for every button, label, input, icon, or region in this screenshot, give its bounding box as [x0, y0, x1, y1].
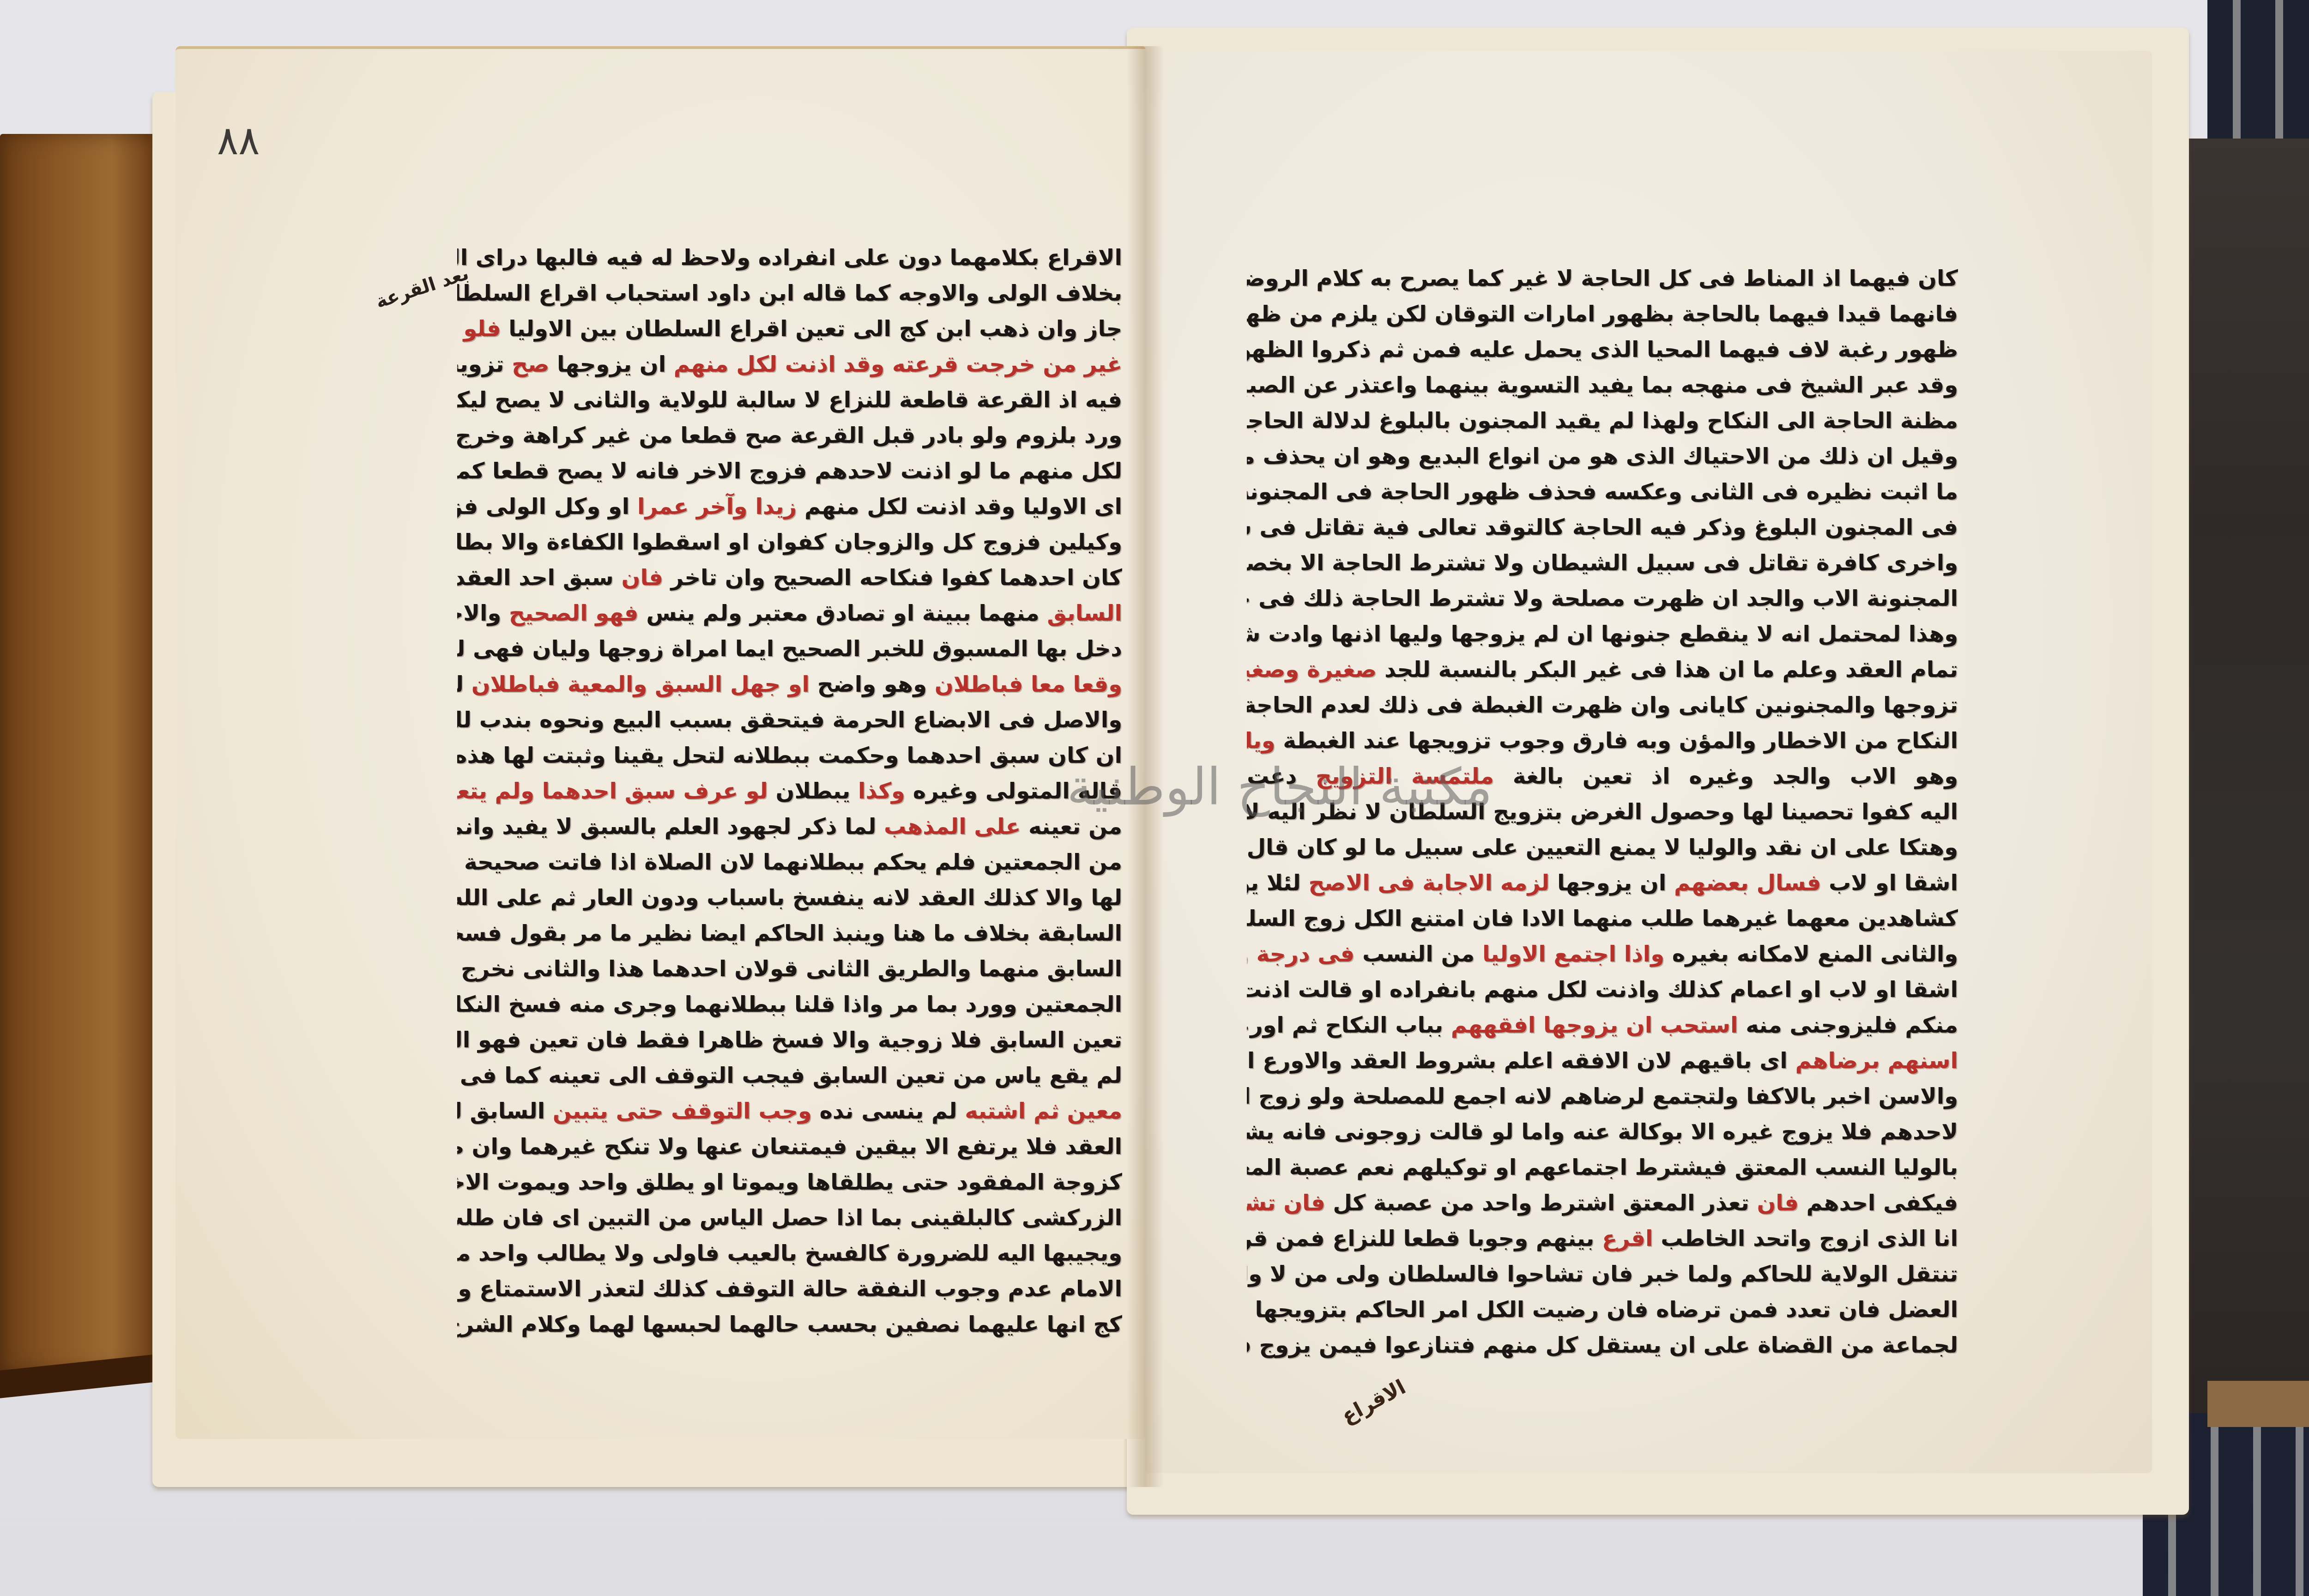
- word: فى: [1251, 514, 1296, 540]
- manuscript-line: وقيل ان ذلك من الاحتياك الذى هو من انواع…: [1247, 439, 1958, 474]
- rubric-word: معين: [1059, 1098, 1122, 1124]
- rubric-word: معا: [1023, 671, 1065, 697]
- word: تحصينا: [1774, 799, 1854, 825]
- word: الاستمتاع: [471, 1276, 581, 1302]
- word: نظيره: [1799, 479, 1872, 505]
- word: بلزوم: [1008, 423, 1076, 448]
- word: اى: [1752, 1048, 1788, 1074]
- word: تعين: [521, 1027, 579, 1053]
- word: يستقل: [1578, 1332, 1662, 1358]
- word: الظهور: [1247, 337, 1304, 363]
- word: الاوليا: [501, 316, 572, 342]
- word: المفقود: [949, 1169, 1045, 1195]
- word: ولم: [695, 600, 742, 626]
- word: المحيا: [1639, 337, 1711, 363]
- word: سبيل: [1396, 834, 1463, 860]
- word: وجرى: [605, 991, 677, 1017]
- rubric-word: درجة: [1249, 941, 1310, 967]
- word: كالتوقد: [1477, 514, 1565, 540]
- word: فى: [1419, 692, 1463, 718]
- word: او: [1792, 977, 1821, 1003]
- manuscript-line: بخلاف الولى والاوجه كما قاله ابن داود اس…: [457, 276, 1122, 311]
- manuscript-line: من تعينه على المذهب لما ذكر لجهود العلم …: [457, 809, 1122, 845]
- word: من: [1847, 728, 1888, 754]
- word: تنكح: [596, 1134, 650, 1160]
- word: ثم: [1371, 337, 1404, 363]
- word: من: [1770, 443, 1811, 469]
- word: معتبر: [742, 600, 808, 626]
- rubric-word: فسال: [1749, 870, 1821, 896]
- word: النفقة: [848, 1276, 926, 1302]
- word: غيرهما: [1694, 906, 1778, 931]
- word: فحذف: [1520, 479, 1596, 505]
- back-cover-board: [2180, 139, 2309, 1413]
- word: الا: [1292, 550, 1324, 576]
- word: المفضول: [1247, 1083, 1251, 1109]
- manuscript-line: ان كان سبق احدهما وحكمت ببطلانه لتحل يقي…: [457, 738, 1122, 774]
- word: فسخ: [764, 1027, 825, 1053]
- word: تزويجه: [457, 351, 504, 377]
- word: القرعة: [969, 387, 1051, 413]
- word: لانه: [864, 885, 911, 911]
- word: نده: [812, 1098, 854, 1124]
- word: ويجيبها: [1035, 1240, 1122, 1266]
- manuscript-line: اسنهم برضاهم اى باقيهم لان الافقه اعلم ب…: [1247, 1043, 1958, 1079]
- word: بحسب: [799, 1312, 877, 1337]
- word: النكاح: [457, 991, 501, 1017]
- word: بالبلوغ: [1371, 408, 1451, 434]
- rubric-word: من: [1035, 351, 1076, 377]
- word: لدلالة: [1304, 408, 1371, 434]
- word: منهما: [1565, 906, 1633, 931]
- word: ما: [1928, 479, 1958, 505]
- manuscript-line: والاصل فى الابضاع الحرمة فيتحقق بسبب الب…: [457, 702, 1122, 738]
- rubric-word: صح: [504, 351, 550, 377]
- manuscript-line: والثانى المنع لامكانه بغيره واذا اجتمع ا…: [1247, 937, 1958, 972]
- word: فمن: [1721, 1297, 1778, 1323]
- word: الاوليا: [1015, 494, 1086, 520]
- word: لاحدهم: [1872, 1119, 1958, 1145]
- word: وهو: [1896, 763, 1958, 789]
- word: خبر: [1633, 1261, 1680, 1287]
- word: مصلحة: [1543, 586, 1625, 611]
- word: للولاية: [651, 387, 728, 413]
- word: ونحوه: [532, 707, 604, 733]
- word: واحد: [570, 1169, 628, 1195]
- word: بوكالة: [1610, 1119, 1683, 1145]
- word: يقينا: [606, 743, 665, 768]
- word: هذا: [600, 956, 644, 982]
- word: كزوجة: [1045, 1169, 1122, 1195]
- word: ازوج: [1812, 1226, 1869, 1251]
- word: المجنونة: [1247, 479, 1328, 505]
- word: وليان: [525, 636, 591, 662]
- word: يؤدى: [1247, 870, 1259, 896]
- word: انها: [1039, 1312, 1086, 1337]
- rubric-word: لزمه: [1493, 870, 1549, 896]
- rubric-word: فلو: [457, 316, 501, 342]
- word: فلا: [1833, 1119, 1873, 1145]
- word: فاولى: [644, 1240, 719, 1266]
- word: لانه: [1506, 1083, 1553, 1109]
- word: بانفراده: [1382, 977, 1476, 1003]
- word: واذنت: [1587, 977, 1659, 1003]
- word: وثبتت: [534, 743, 606, 768]
- word: فانه: [627, 458, 679, 484]
- word: باقيهم: [1672, 1048, 1752, 1074]
- word: الحاجة: [1247, 408, 1304, 434]
- word: داود: [699, 280, 751, 306]
- word: لم: [1601, 408, 1634, 434]
- word: منهم: [1475, 1332, 1537, 1358]
- word: توكيلهم: [1395, 1155, 1487, 1180]
- word: ان: [1632, 870, 1666, 896]
- manuscript-line: وقد عبر الشيخ فى منهجه بما يفيد التسوية …: [1247, 368, 1958, 403]
- word: قولان: [726, 956, 798, 982]
- word: انفراده: [750, 245, 836, 271]
- word: بخلاف: [1047, 280, 1122, 306]
- word: ان: [1662, 1332, 1696, 1358]
- manuscript-line: تنتقل الولاية للحاكم ولما خبر فان تشاحوا…: [1247, 1257, 1958, 1292]
- manuscript-line: السابقة بخلاف ما هنا وينبذ الحاكم ايضا ن…: [457, 916, 1122, 951]
- word: التوقان: [1427, 301, 1515, 327]
- word: الشيخ: [1792, 372, 1863, 398]
- word: معهما: [1778, 906, 1850, 931]
- word: فان: [1831, 1297, 1880, 1323]
- word: لاف: [1780, 337, 1830, 363]
- word: وجوب: [926, 1276, 1000, 1302]
- word: سالبة: [728, 387, 797, 413]
- word: النكاح: [1888, 728, 1958, 754]
- word: يزوجها: [1443, 621, 1526, 647]
- word: السابق: [462, 1098, 545, 1124]
- manuscript-line: دخل بها المسبوق للخبر الصحيح ايما امراة …: [457, 631, 1122, 667]
- word: ابن: [751, 280, 794, 306]
- word: ذلك: [1371, 692, 1419, 718]
- word: امتنع: [1402, 906, 1464, 931]
- word: الاخطار: [1756, 728, 1847, 754]
- word: يصح: [549, 458, 603, 484]
- word: مر: [883, 991, 919, 1017]
- word: كج: [1086, 1312, 1122, 1337]
- word: ان: [1326, 443, 1360, 469]
- word: وذكر: [1686, 514, 1746, 540]
- word: تمام: [1903, 657, 1958, 683]
- word: فى: [1622, 657, 1667, 683]
- word: الحاجة: [1372, 479, 1450, 505]
- manuscript-line: ما اثبت نظيره فى الثانى وعكسه فحذف ظهور …: [1247, 474, 1958, 510]
- word: ان: [1705, 586, 1739, 611]
- word: يطالب: [529, 1240, 606, 1266]
- word: وحكمت: [810, 743, 899, 768]
- word: المعتق: [1247, 1155, 1281, 1180]
- word: ينفسخ: [785, 885, 864, 911]
- manuscript-line: العضل فان تعدد فمن ترضاه فان رضيت الكل ا…: [1247, 1292, 1958, 1328]
- word: ينقطع: [1671, 621, 1749, 647]
- word: المناط: [1735, 266, 1814, 291]
- word: او: [885, 600, 914, 626]
- word: جنونها: [1593, 621, 1671, 647]
- word: انا: [1926, 1226, 1958, 1251]
- word: الادا: [1514, 906, 1565, 931]
- word: لتحل: [664, 743, 725, 768]
- word: منهما: [971, 956, 1040, 982]
- word: وان: [717, 565, 765, 591]
- word: لان: [1629, 1048, 1672, 1074]
- word: فان: [1464, 906, 1514, 931]
- word: الحاجة: [1343, 586, 1421, 611]
- word: والاورع: [1255, 1048, 1342, 1074]
- rubric-word: استحب: [1652, 1012, 1738, 1038]
- word: دخل: [1067, 636, 1122, 662]
- word: الحاكم: [746, 920, 824, 946]
- manuscript-line: واخرى كافرة تقاتل فى سبيل الشيطان ولا تش…: [1247, 545, 1958, 581]
- manuscript-line: اى الاوليا وقد اذنت لكل منهم زيدا وآخر ع…: [457, 489, 1122, 525]
- word: فان: [1599, 1297, 1648, 1323]
- word: بينهم: [1528, 1226, 1594, 1251]
- word: واتحد: [1745, 1226, 1811, 1251]
- word: فنكاحه: [852, 565, 933, 591]
- word: عنها: [688, 1134, 743, 1160]
- word: كل: [1650, 266, 1691, 291]
- word: ليكون: [457, 387, 487, 413]
- word: احدهما: [991, 565, 1074, 591]
- word: فلا: [1018, 1134, 1058, 1160]
- word: منهما: [971, 600, 1040, 626]
- word: فزوج: [975, 529, 1040, 555]
- word: فى: [1691, 266, 1735, 291]
- word: ولتجتمع: [1644, 1083, 1738, 1109]
- word: لا: [1749, 621, 1773, 647]
- word: تشاحوا: [1499, 1261, 1584, 1287]
- word: ولا: [1505, 586, 1543, 611]
- word: كايانى: [1671, 692, 1747, 718]
- word: فيشترط: [1627, 1155, 1727, 1180]
- word: ذلك: [1295, 586, 1343, 611]
- word: منهجه: [1673, 372, 1747, 398]
- word: فى: [1747, 372, 1792, 398]
- rubric-word: قرعته: [884, 351, 958, 377]
- word: ظاهرا: [690, 1027, 764, 1053]
- word: فانه: [1274, 1119, 1326, 1145]
- word: طال: [457, 1134, 464, 1160]
- word: لحبسها: [635, 1312, 721, 1337]
- word: الى: [601, 1063, 647, 1088]
- word: فيهما: [1711, 337, 1780, 363]
- word: ينس: [639, 600, 695, 626]
- word: ببطلانهما: [755, 849, 864, 875]
- word: ولو: [964, 423, 1008, 448]
- word: نقد: [1758, 834, 1802, 860]
- word: وانما: [457, 814, 495, 840]
- word: والمؤن: [1671, 728, 1756, 754]
- word: ما: [1745, 657, 1774, 683]
- word: منه: [1738, 1012, 1782, 1038]
- word: دون: [890, 245, 942, 271]
- word: زوجها: [591, 636, 664, 662]
- word: للحاكم: [1733, 1261, 1813, 1287]
- word: اى: [1087, 494, 1122, 520]
- folio-number: ٨٨: [217, 118, 260, 164]
- word: يحكم: [865, 849, 927, 875]
- word: لم: [1089, 1063, 1122, 1088]
- word: استحباب: [597, 280, 699, 306]
- word: ان: [632, 351, 666, 377]
- word: كلام: [1309, 266, 1362, 291]
- word: للاول: [457, 636, 465, 662]
- manuscript-line: فيه اذ القرعة قاطعة للنزاع لا سالبة للول…: [457, 382, 1122, 418]
- rubric-word: الصحيح: [501, 600, 587, 626]
- front-cover-leather: [0, 134, 159, 1372]
- word: تشترط: [1421, 586, 1505, 611]
- word: تعدد: [1778, 1297, 1831, 1323]
- word: العلم: [657, 814, 719, 840]
- book-stand-top: [2207, 0, 2309, 157]
- word: قرع: [1247, 1226, 1268, 1251]
- word: اعمام: [1722, 977, 1792, 1003]
- word: بين: [572, 316, 617, 342]
- word: لجهود: [719, 814, 792, 840]
- word: المنع: [1810, 941, 1873, 967]
- rubric-word: اشتبه: [957, 1098, 1026, 1124]
- word: والا: [1038, 885, 1083, 911]
- word: الحاجة: [1247, 692, 1313, 718]
- word: وعلم: [1775, 657, 1838, 683]
- manuscript-line: ورد بلزوم ولو بادر قبل القرعة صح قطعا من…: [457, 418, 1122, 453]
- word: الا: [1683, 1119, 1715, 1145]
- word: الابضاع: [905, 707, 991, 733]
- word: للمصلحة: [1345, 1083, 1445, 1109]
- word: احدهما: [644, 956, 726, 982]
- word: مظنة: [1892, 408, 1958, 434]
- word: تشترط: [1402, 550, 1486, 576]
- word: فهى: [465, 636, 524, 662]
- word: والزوجان: [826, 529, 934, 555]
- word: ان: [1559, 621, 1593, 647]
- rubric-word: فهو: [588, 600, 639, 626]
- word: وجوبا: [1460, 1226, 1528, 1251]
- word: اى: [544, 1205, 580, 1231]
- word: الشيطان: [1524, 550, 1628, 576]
- manuscript-line: وهتكا على ان نقد والوليا لا يمنع التعيين…: [1247, 830, 1958, 865]
- word: لها: [1735, 799, 1773, 825]
- word: اشقا: [1897, 870, 1958, 896]
- word: او: [1487, 1155, 1517, 1180]
- manuscript-line: كان احدهما كفوا فنكاحه الصحيح وان تاخر ف…: [457, 560, 1122, 596]
- word: البيع: [604, 707, 661, 733]
- word: لاب: [1821, 977, 1868, 1003]
- rubric-word: لكل: [729, 351, 778, 377]
- rubric-word: احدهما: [534, 778, 617, 804]
- word: من: [1281, 301, 1323, 327]
- word: الامام: [1052, 1276, 1122, 1302]
- word: اذنت: [893, 458, 951, 484]
- manuscript-line: تزوجها والمجنونين كايانى وان ظهرت الغبطة…: [1247, 688, 1958, 723]
- word: لا: [548, 814, 572, 840]
- word: الغبطة: [1463, 692, 1543, 718]
- word: يحذف: [1255, 443, 1326, 469]
- word: ولو: [1301, 1083, 1345, 1109]
- manuscript-line: غير من خرجت قرعته وقد اذنت لكل منهم ان ي…: [457, 347, 1122, 382]
- word: بالعيب: [719, 1240, 797, 1266]
- rubric-word: يزوجها: [1535, 1012, 1618, 1038]
- manuscript-line: لم يقع ياس من تعين السابق فيجب التوقف ال…: [457, 1058, 1122, 1094]
- word: يطلقاها: [799, 1169, 894, 1195]
- word: بادر: [915, 423, 964, 448]
- word: ولا: [650, 1134, 688, 1160]
- word: وقد: [967, 494, 1015, 520]
- word: فى: [1328, 479, 1373, 505]
- word: ذلك: [1811, 443, 1859, 469]
- word: بيقين: [847, 1134, 917, 1160]
- word: العار: [576, 885, 634, 911]
- word: حالة: [795, 1276, 848, 1302]
- word: حالهما: [721, 1312, 799, 1337]
- word: ترضاه: [1648, 1297, 1721, 1323]
- word: المسبوق: [925, 636, 1028, 662]
- word: اثبت: [1872, 479, 1928, 505]
- word: والاصل: [1035, 707, 1122, 733]
- word: به: [1362, 266, 1392, 291]
- word: من: [1540, 443, 1581, 469]
- word: التصرف: [457, 245, 468, 271]
- word: نصفين: [877, 1312, 960, 1337]
- word: العقدين: [457, 565, 511, 591]
- manuscript-line: الاقراع بكلامهما دون على انفراده ولاحظ ل…: [457, 240, 1122, 276]
- word: فى: [1913, 514, 1958, 540]
- manuscript-line: لجماعة من القضاة على ان يستقل كل منهم فت…: [1247, 1328, 1958, 1363]
- word: ببطلانه: [725, 743, 810, 768]
- word: والا: [824, 1027, 870, 1053]
- word: ظهور: [1888, 337, 1958, 363]
- rubric-word: والمعية: [560, 671, 647, 697]
- word: السابق: [1040, 956, 1122, 982]
- word: بخلاف: [955, 920, 1030, 946]
- word: واذا: [835, 991, 883, 1017]
- word: لعدم: [1313, 692, 1371, 718]
- word: ذكروا: [1304, 337, 1371, 363]
- word: وقطع: [457, 1276, 471, 1302]
- word: لما: [837, 814, 876, 840]
- word: التوقف: [647, 1063, 734, 1088]
- manuscript-line: السابق منهما والطريق الثانى قولان احدهما…: [457, 951, 1122, 987]
- word: القضاة: [1750, 1332, 1833, 1358]
- word: الذى: [1869, 1226, 1926, 1251]
- word: عنه: [1565, 1119, 1610, 1145]
- word: تعين: [788, 316, 846, 342]
- word: فيمن: [1311, 1332, 1377, 1358]
- word: تعينه: [1021, 814, 1081, 840]
- word: وقيل: [1893, 443, 1958, 469]
- manuscript-line: منكم فليزوجنى منه استحب ان يزوجها افقههم…: [1247, 1008, 1958, 1043]
- word: غير: [586, 423, 631, 448]
- word: الذى: [1618, 443, 1675, 469]
- word: الحاجة: [1324, 550, 1402, 576]
- word: ويموتا: [724, 1169, 799, 1195]
- word: قاله: [794, 280, 846, 306]
- word: الروضة: [1247, 266, 1309, 291]
- word: والا: [493, 529, 539, 555]
- word: لو: [1336, 834, 1366, 860]
- word: منهم: [797, 494, 859, 520]
- word: الولاية: [1813, 1261, 1888, 1287]
- manuscript-line: السابق منهما ببينة او تصادق معتبر ولم ين…: [457, 596, 1122, 631]
- word: لاحدهم: [807, 458, 893, 484]
- word: من: [945, 1063, 987, 1088]
- word: اقراع: [721, 316, 788, 342]
- word: فسخت: [457, 920, 502, 946]
- word: عن: [1295, 372, 1338, 398]
